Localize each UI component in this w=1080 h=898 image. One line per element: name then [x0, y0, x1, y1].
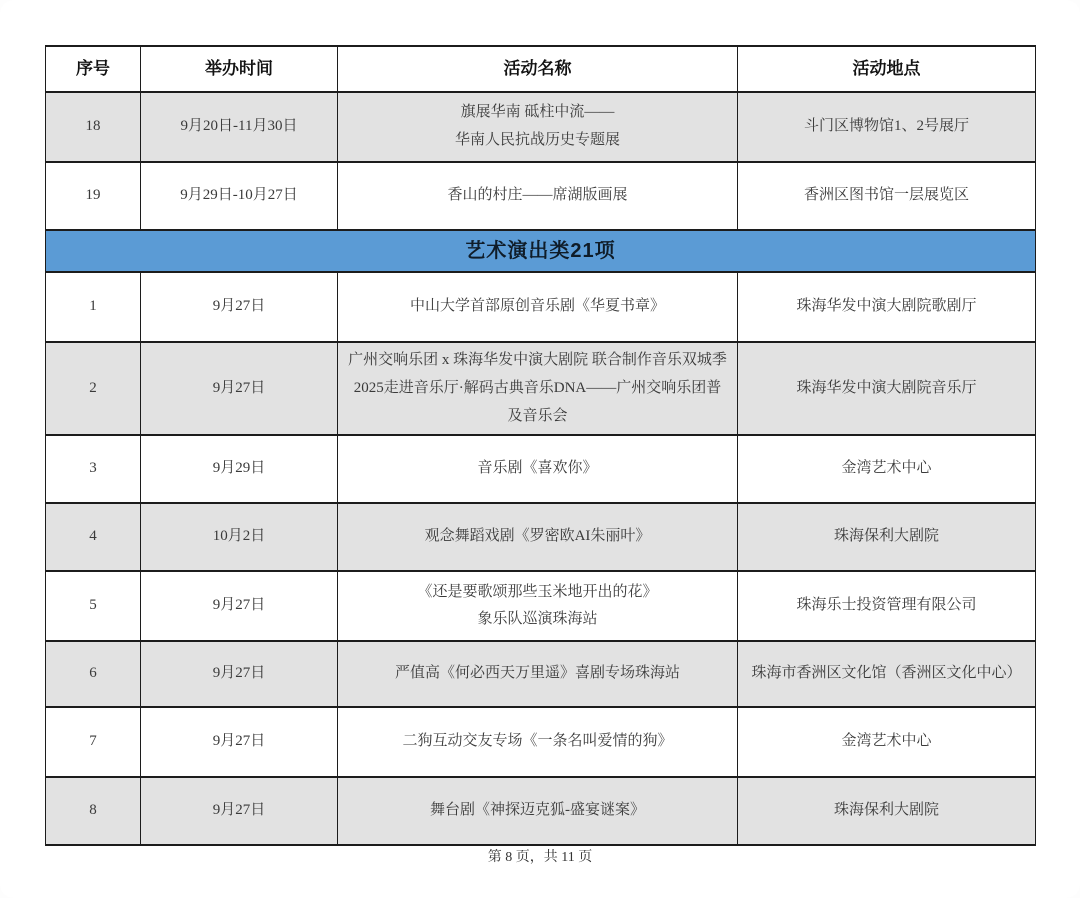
location-cell: 香洲区图书馆一层展览区 [738, 162, 1036, 230]
page-indicator: 第 8 页，共 11 页 [0, 846, 1080, 866]
date-cell: 9月27日 [141, 641, 338, 707]
date-cell: 9月20日-11月30日 [141, 92, 338, 162]
row-number-cell: 3 [46, 435, 141, 503]
section-banner-row: 艺术演出类21项 [46, 230, 1036, 272]
events-table: 序号 举办时间 活动名称 活动地点 18 9月20日-11月30日 旗展华南 砥… [45, 45, 1036, 846]
table-row: 2 9月27日 广州交响乐团 x 珠海华发中演大剧院 联合制作音乐双城季2025… [46, 342, 1036, 435]
column-header-number: 序号 [46, 46, 141, 92]
date-cell: 9月27日 [141, 707, 338, 777]
location-cell: 珠海乐士投资管理有限公司 [738, 571, 1036, 641]
row-number-cell: 19 [46, 162, 141, 230]
table-row: 19 9月29日-10月27日 香山的村庄——席湖版画展 香洲区图书馆一层展览区 [46, 162, 1036, 230]
location-cell: 珠海华发中演大剧院音乐厅 [738, 342, 1036, 435]
table-row: 6 9月27日 严值高《何必西天万里遥》喜剧专场珠海站 珠海市香洲区文化馆（香洲… [46, 641, 1036, 707]
table-row: 3 9月29日 音乐剧《喜欢你》 金湾艺术中心 [46, 435, 1036, 503]
event-name-cell: 《还是要歌颂那些玉米地开出的花》 象乐队巡演珠海站 [338, 571, 738, 641]
row-number-cell: 1 [46, 272, 141, 342]
location-cell: 珠海华发中演大剧院歌剧厅 [738, 272, 1036, 342]
event-name-cell: 旗展华南 砥柱中流—— 华南人民抗战历史专题展 [338, 92, 738, 162]
date-cell: 9月29日 [141, 435, 338, 503]
event-name-cell: 二狗互动交友专场《一条名叫爱情的狗》 [338, 707, 738, 777]
row-number-cell: 4 [46, 503, 141, 571]
row-number-cell: 6 [46, 641, 141, 707]
table-row: 5 9月27日 《还是要歌颂那些玉米地开出的花》 象乐队巡演珠海站 珠海乐士投资… [46, 571, 1036, 641]
date-cell: 9月29日-10月27日 [141, 162, 338, 230]
table-row: 18 9月20日-11月30日 旗展华南 砥柱中流—— 华南人民抗战历史专题展 … [46, 92, 1036, 162]
column-header-name: 活动名称 [338, 46, 738, 92]
table-header-row: 序号 举办时间 活动名称 活动地点 [46, 46, 1036, 92]
row-number-cell: 7 [46, 707, 141, 777]
event-name-cell: 观念舞蹈戏剧《罗密欧AI朱丽叶》 [338, 503, 738, 571]
document-page: 序号 举办时间 活动名称 活动地点 18 9月20日-11月30日 旗展华南 砥… [0, 0, 1080, 898]
location-cell: 珠海市香洲区文化馆（香洲区文化中心） [738, 641, 1036, 707]
location-cell: 斗门区博物馆1、2号展厅 [738, 92, 1036, 162]
table-row: 4 10月2日 观念舞蹈戏剧《罗密欧AI朱丽叶》 珠海保利大剧院 [46, 503, 1036, 571]
date-cell: 9月27日 [141, 571, 338, 641]
event-name-cell: 广州交响乐团 x 珠海华发中演大剧院 联合制作音乐双城季2025走进音乐厅·解码… [338, 342, 738, 435]
section-banner: 艺术演出类21项 [46, 230, 1036, 272]
event-name-cell: 香山的村庄——席湖版画展 [338, 162, 738, 230]
row-number-cell: 8 [46, 777, 141, 845]
location-cell: 珠海保利大剧院 [738, 777, 1036, 845]
table-row: 8 9月27日 舞台剧《神探迈克狐-盛宴谜案》 珠海保利大剧院 [46, 777, 1036, 845]
date-cell: 9月27日 [141, 272, 338, 342]
date-cell: 10月2日 [141, 503, 338, 571]
column-header-date: 举办时间 [141, 46, 338, 92]
column-header-location: 活动地点 [738, 46, 1036, 92]
row-number-cell: 5 [46, 571, 141, 641]
location-cell: 金湾艺术中心 [738, 435, 1036, 503]
row-number-cell: 18 [46, 92, 141, 162]
row-number-cell: 2 [46, 342, 141, 435]
table-row: 7 9月27日 二狗互动交友专场《一条名叫爱情的狗》 金湾艺术中心 [46, 707, 1036, 777]
date-cell: 9月27日 [141, 342, 338, 435]
event-name-cell: 中山大学首部原创音乐剧《华夏书章》 [338, 272, 738, 342]
location-cell: 金湾艺术中心 [738, 707, 1036, 777]
table-row: 1 9月27日 中山大学首部原创音乐剧《华夏书章》 珠海华发中演大剧院歌剧厅 [46, 272, 1036, 342]
event-name-cell: 音乐剧《喜欢你》 [338, 435, 738, 503]
event-name-cell: 舞台剧《神探迈克狐-盛宴谜案》 [338, 777, 738, 845]
location-cell: 珠海保利大剧院 [738, 503, 1036, 571]
event-name-cell: 严值高《何必西天万里遥》喜剧专场珠海站 [338, 641, 738, 707]
date-cell: 9月27日 [141, 777, 338, 845]
